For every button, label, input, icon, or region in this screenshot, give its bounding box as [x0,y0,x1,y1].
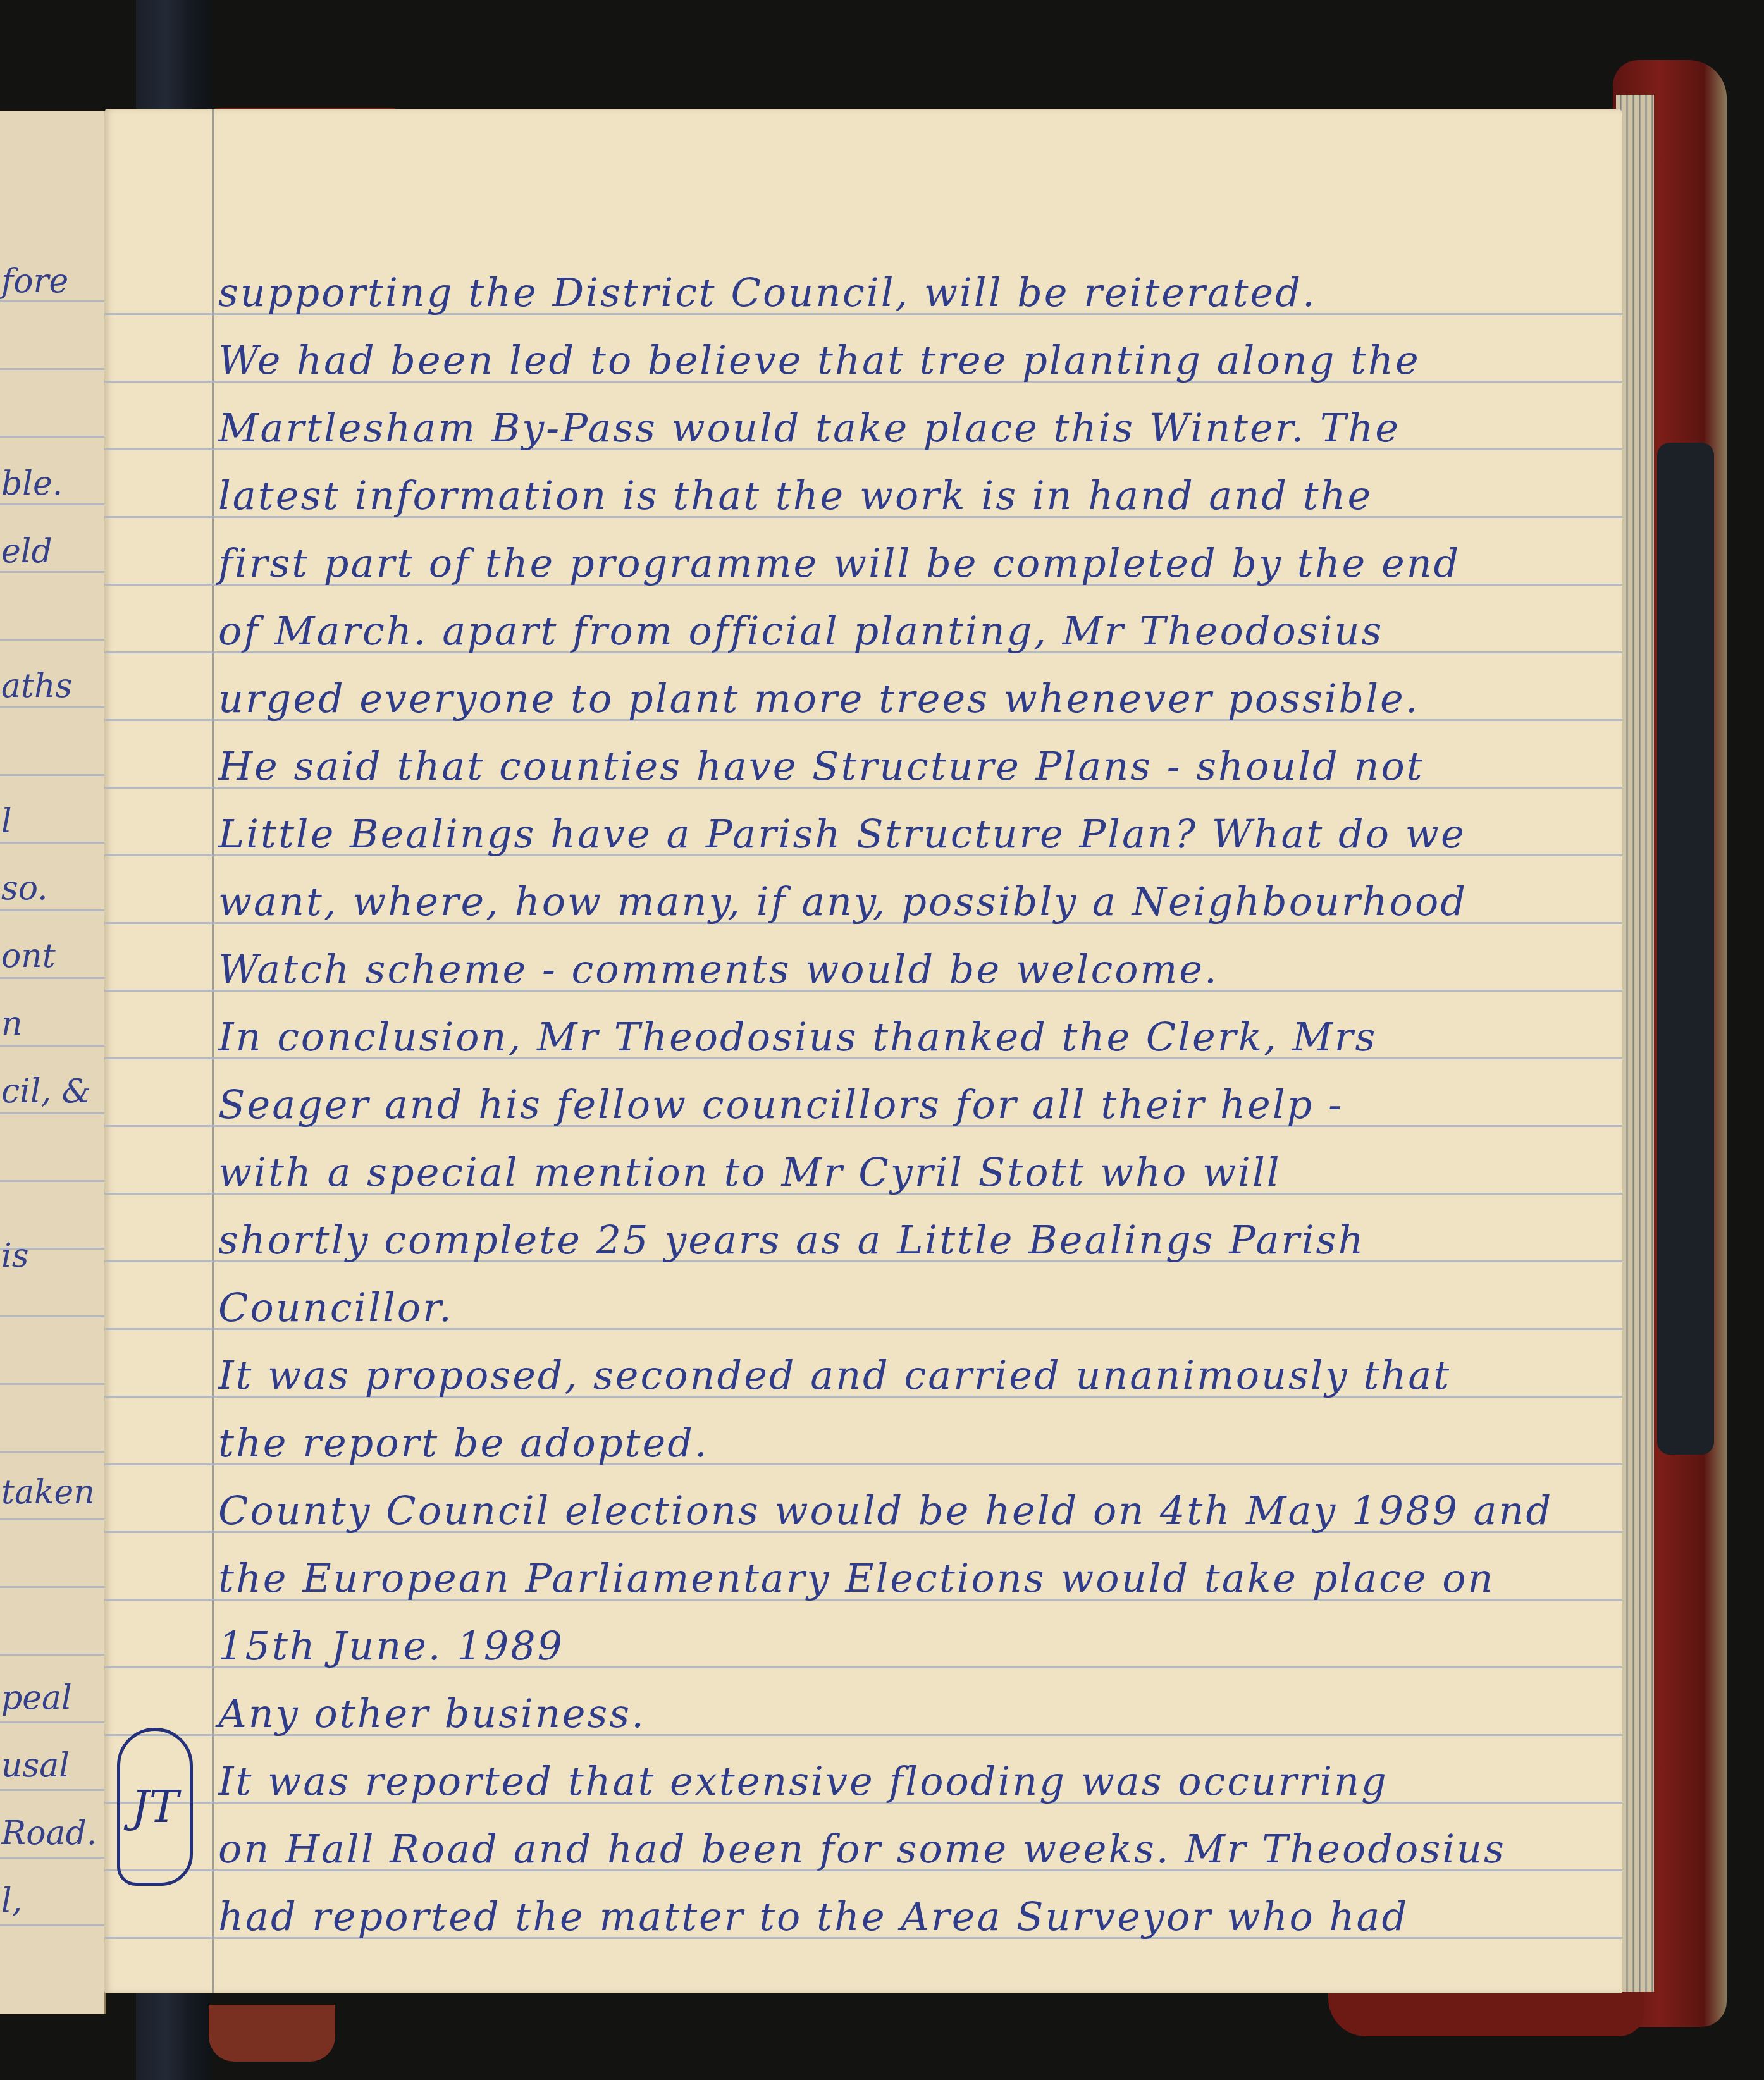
text-line: County Council elections would be held o… [218,1491,1553,1530]
ruled-line [0,1383,104,1385]
text-line: with a special mention to Mr Cyril Stott… [218,1153,1281,1192]
left-fragment: eld [1,532,52,570]
text-line: want, where, how many, if any, possibly … [218,882,1467,921]
ruled-line [0,774,104,776]
left-fragment: fore [1,262,68,300]
text-line: Any other business. [218,1694,646,1733]
text-line: had reported the matter to the Area Surv… [218,1897,1409,1936]
text-line: It was proposed, seconded and carried un… [218,1356,1451,1395]
left-fragment: n [1,1005,23,1043]
left-fragment: usal [1,1747,70,1785]
ruled-line [0,1180,104,1182]
text-line: Martlesham By-Pass would take place this… [218,409,1400,448]
text-line: the European Parliamentary Elections wou… [218,1559,1495,1598]
left-fragment: cil, & [1,1073,91,1111]
left-fragment: ont [1,937,56,975]
text-line: We had been led to believe that tree pla… [218,341,1421,380]
ruled-line [0,909,104,911]
left-fragment: ble. [1,465,63,503]
ruled-line [0,977,104,979]
cover-edge-bottom-left [209,2005,335,2062]
ruled-line [0,639,104,641]
ruled-line [0,1721,104,1723]
ruled-line [0,1518,104,1520]
ruled-line [0,1789,104,1791]
text-line: Watch scheme - comments would be welcome… [218,950,1219,989]
text-line: It was reported that extensive flooding … [218,1762,1388,1801]
text-line: Councillor. [218,1288,453,1327]
ruled-line [0,1857,104,1859]
margin-initials-mark: JT [117,1728,193,1886]
left-fragment: Road. [1,1814,97,1852]
ruled-line [0,1112,104,1114]
left-fragment: l [1,803,12,840]
ruled-line [0,368,104,370]
text-line: urged everyone to plant more trees whene… [218,679,1419,718]
cover-cloth-right [1657,443,1714,1455]
text-line: first part of the programme will be comp… [218,544,1460,583]
text-line: on Hall Road and had been for some weeks… [218,1830,1506,1869]
text-line: In conclusion, Mr Theodosius thanked the… [218,1018,1377,1057]
left-fragment: so. [1,870,48,908]
margin-line [212,109,214,1993]
text-line: He said that counties have Structure Pla… [218,747,1424,786]
text-line: Little Bealings have a Parish Structure … [218,815,1466,854]
left-page: fore ble. eld aths l so. ont n cil, & is… [0,111,106,2014]
left-fragment: taken [1,1474,95,1511]
left-fragment: aths [1,667,72,705]
ruled-line [0,706,104,708]
text-line: 15th June. 1989 [218,1627,564,1666]
ruled-line [0,1315,104,1317]
left-fragment: is [1,1237,28,1275]
ruled-line [0,842,104,844]
ruled-line [0,300,104,302]
text-line: supporting the District Council, will be… [218,273,1317,312]
right-page: supporting the District Council, will be… [104,109,1622,1993]
left-fragment: l, [1,1882,22,1920]
ruled-line [0,1924,104,1926]
ruled-line [0,1045,104,1047]
text-line: the report be adopted. [218,1424,709,1463]
text-line: of March. apart from official planting, … [218,612,1383,651]
text-line: Seager and his fellow councillors for al… [218,1085,1343,1124]
ruled-line [0,1654,104,1656]
left-fragment: peal [1,1679,72,1717]
ruled-line [0,503,104,505]
text-line: latest information is that the work is i… [218,476,1372,515]
text-line: shortly complete 25 years as a Little Be… [218,1221,1365,1260]
ruled-line [0,571,104,573]
ruled-line [0,436,104,438]
ruled-line [0,1586,104,1588]
ruled-line [0,1451,104,1453]
